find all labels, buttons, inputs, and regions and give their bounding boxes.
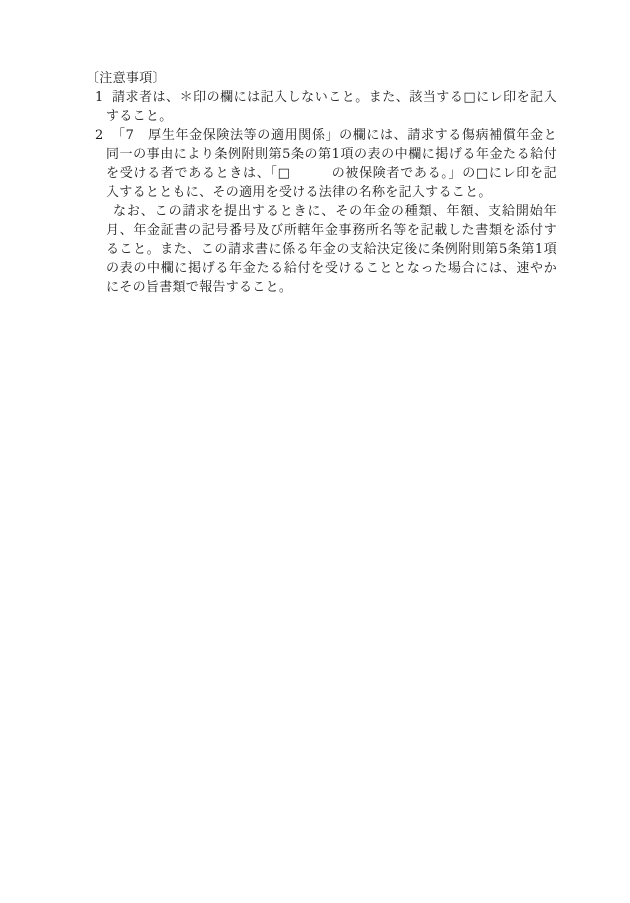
note-paragraph: なお、この請求を提出するときに、その年金の種類、年額、支給開始年月、年金証書の記… <box>106 202 557 297</box>
note-item-2: 2 「7 厚生年金保険法等の適用関係」の欄には、請求する傷病補償年金と同一の事由… <box>86 126 557 297</box>
note-item-1: 1 請求者は、＊印の欄には記入しないこと。また、該当する□にレ印を記入すること。 <box>86 88 557 126</box>
note-number: 2 <box>95 126 104 145</box>
note-paragraph: 請求者は、＊印の欄には記入しないこと。また、該当する□にレ印を記入すること。 <box>106 88 557 126</box>
note-number: 1 <box>95 88 104 107</box>
notes-heading: 〔注意事項〕 <box>86 69 557 88</box>
note-paragraph: 「7 厚生年金保険法等の適用関係」の欄には、請求する傷病補償年金と同一の事由によ… <box>106 126 557 202</box>
notes-section: 〔注意事項〕 1 請求者は、＊印の欄には記入しないこと。また、該当する□にレ印を… <box>86 69 557 297</box>
document-page: 〔注意事項〕 1 請求者は、＊印の欄には記入しないこと。また、該当する□にレ印を… <box>0 0 630 903</box>
